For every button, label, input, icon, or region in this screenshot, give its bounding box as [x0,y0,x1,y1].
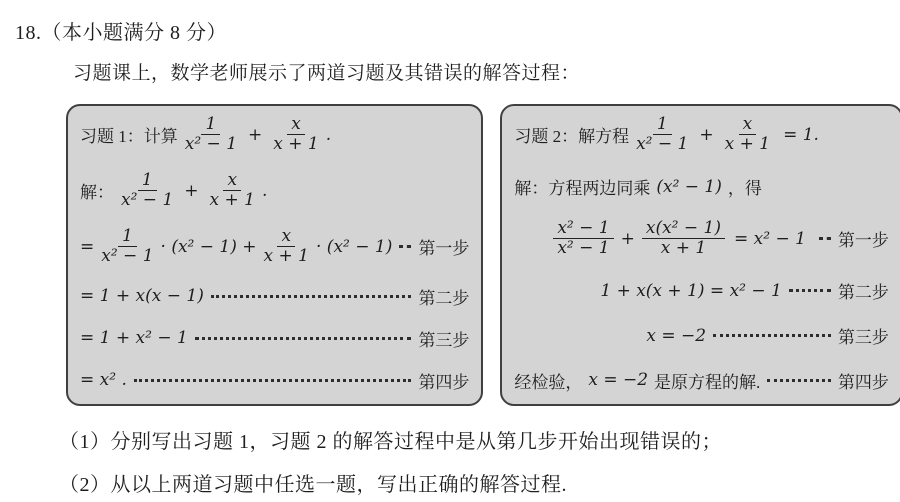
exercise2-step3-row: x = −2 第三步 [514,323,889,348]
fraction: xx + 1 [206,171,259,210]
fraction-denominator: x + 1 [721,135,774,154]
period: . [262,181,267,201]
fraction-denominator: x + 1 [260,247,313,266]
dotted-leader [819,237,831,240]
equation-text: = 1 + x(x − 1) [80,286,204,306]
exercise1-step1-row: = 1x² − 1 · (x² − 1) + xx + 1 · (x² − 1)… [80,227,469,266]
exercise2-task: 解方程 [578,122,629,147]
step-label: 第二步 [418,284,469,309]
part2-question: （2）从以上两道习题中任选一题，写出正确的解答过程. [0,468,900,497]
fraction: 1x² − 1 [117,171,177,210]
plus-operator: + [184,181,198,201]
check-text-tail: 是原方程的解. [654,368,760,393]
fraction: x² − 1x² − 1 [553,219,613,258]
fraction-denominator: x² − 1 [181,135,241,154]
exercise1-step4-row: = x² . 第四步 [80,368,469,393]
exercise1-task: 计算 [144,122,178,147]
fraction: 1x² − 1 [181,115,241,154]
exercise1-problem-row: 习题 1： 计算 1x² − 1 + xx + 1 . [80,115,469,154]
fraction-denominator: x² − 1 [632,135,692,154]
fraction: xx + 1 [269,115,322,154]
check-math: x = −2 [588,370,648,390]
fraction-numerator: x [287,115,305,135]
step-label: 第一步 [418,234,469,259]
exercise1-step2-row: = 1 + x(x − 1) 第二步 [80,284,469,309]
dotted-leader [211,295,412,298]
exercise2-step4-row: 经检验， x = −2 是原方程的解. 第四步 [514,368,889,393]
dotted-leader [767,379,831,382]
exercise2-step2-row: 1 + x(x + 1) = x² − 1 第二步 [514,278,889,303]
step-label: 第四步 [418,368,469,393]
solve-text-tail: ，得 [728,174,762,199]
step-label: 第二步 [838,278,889,303]
equals-sign: = [80,237,94,257]
exercise1-title: 习题 1： [80,122,144,147]
exercise2-box: 习题 2： 解方程 1x² − 1 + xx + 1 = 1. 解：方程两边同乘… [500,104,900,406]
fraction-numerator: x(x² − 1) [642,219,725,239]
step-label: 第一步 [838,226,889,251]
exercise1-box: 习题 1： 计算 1x² − 1 + xx + 1 . 解： 1x² − 1 +… [66,104,483,406]
part1-question: （1）分别写出习题 1，习题 2 的解答过程中是从第几步开始出现错误的； [0,425,900,454]
fraction: xx + 1 [260,227,313,266]
exercise2-step1-row: x² − 1x² − 1 + x(x² − 1)x + 1 = x² − 1 第… [514,219,889,258]
fraction: 1x² − 1 [632,115,692,154]
equation-text: = x² . [80,370,127,390]
fraction: 1x² − 1 [97,227,157,266]
check-text: 经检验， [514,368,582,393]
exam-question-page: 18.（本小题满分 8 分） 习题课上，数学老师展示了两道习题及其错误的解答过程… [0,0,900,502]
dotted-leader [399,245,411,248]
equation-text: x = −2 [646,326,706,346]
equation-text: = 1 + x² − 1 [80,328,188,348]
equation-text: 1 + x(x + 1) = x² − 1 [600,281,782,301]
fraction-denominator: x + 1 [657,239,710,258]
fraction-numerator: x [277,227,295,247]
period: . [326,125,331,145]
score-note: （本小题满分 8 分） [42,22,228,44]
dotted-leader [789,289,831,292]
exercise2-title: 习题 2： [514,122,578,147]
fraction-numerator: 1 [138,171,157,191]
dotted-leader [713,334,831,337]
multiply-term: · (x² − 1) + [161,237,257,257]
plus-operator: + [621,229,635,249]
fraction-numerator: x [223,171,241,191]
fraction-numerator: x [739,115,757,135]
step-label: 第三步 [838,323,889,348]
step-label: 第三步 [418,326,469,351]
exercise2-problem-row: 习题 2： 解方程 1x² − 1 + xx + 1 = 1. [514,115,889,154]
equals-rhs: = x² − 1 [734,229,806,249]
intro-text: 习题课上，数学老师展示了两道习题及其错误的解答过程： [0,45,900,85]
solve-math-term: (x² − 1) [656,177,722,197]
solve-label: 解： [80,178,114,203]
dotted-leader [134,379,411,382]
fraction-denominator: x² − 1 [553,239,613,258]
fraction-numerator: 1 [201,115,220,135]
equals-rhs: = 1. [783,125,819,145]
fraction: x(x² − 1)x + 1 [642,219,725,258]
multiply-term: · (x² − 1) [316,237,392,257]
exercise2-solve-row: 解：方程两边同乘 (x² − 1) ，得 [514,174,889,199]
exercise1-solve-row: 解： 1x² − 1 + xx + 1 . [80,171,469,210]
fraction-denominator: x + 1 [206,191,259,210]
step-label: 第四步 [838,368,889,393]
question-header: 18.（本小题满分 8 分） [0,0,900,45]
dotted-leader [195,337,412,340]
fraction-denominator: x + 1 [269,135,322,154]
fraction-numerator: 1 [118,227,137,247]
fraction: xx + 1 [721,115,774,154]
solve-text: 解：方程两边同乘 [514,174,650,199]
exercise-boxes: 习题 1： 计算 1x² − 1 + xx + 1 . 解： 1x² − 1 +… [66,104,869,406]
fraction-denominator: x² − 1 [97,247,157,266]
question-number: 18. [15,22,42,44]
plus-operator: + [248,125,262,145]
fraction-numerator: x² − 1 [553,219,613,239]
fraction-denominator: x² − 1 [117,191,177,210]
exercise1-step3-row: = 1 + x² − 1 第三步 [80,326,469,351]
plus-operator: + [699,125,713,145]
fraction-numerator: 1 [653,115,672,135]
